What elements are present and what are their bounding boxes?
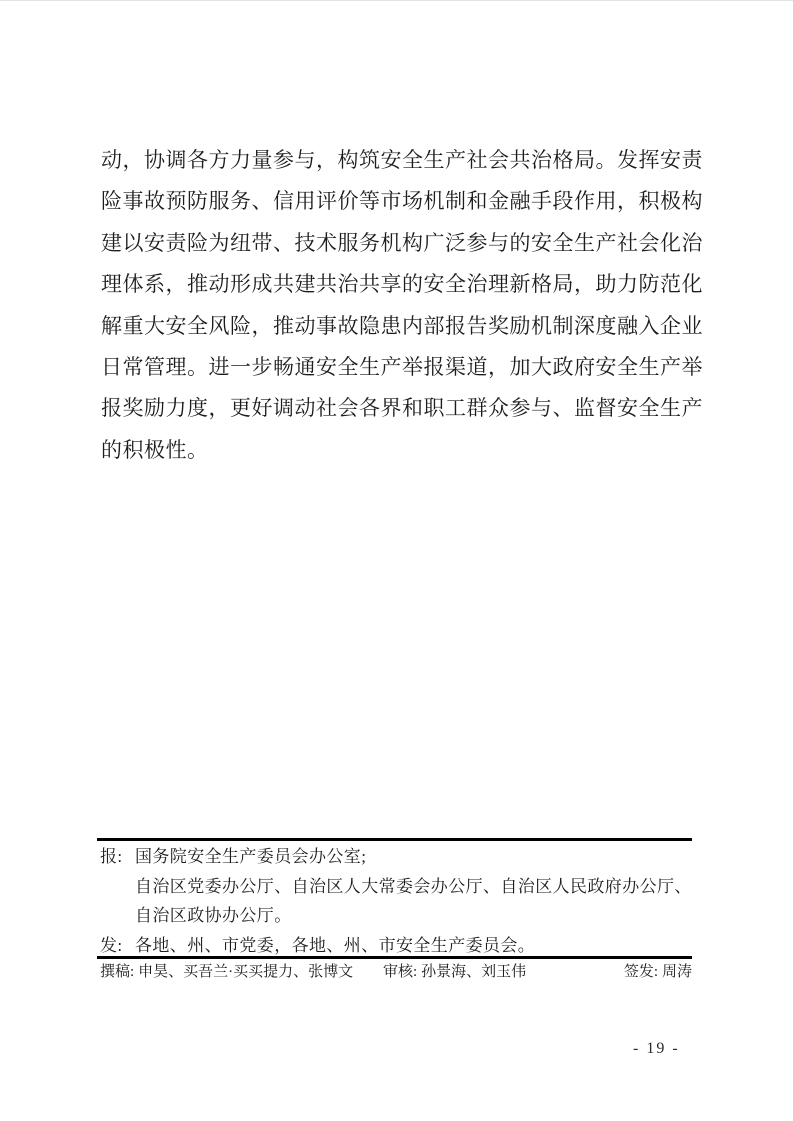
drafter-group: 撰稿:申昊、买吾兰·买买提力、张博文 <box>100 962 353 982</box>
issuer-group: 签发:周涛 <box>624 962 692 982</box>
copy-to-line-1: 国务院安全生产委员会办公室; <box>135 842 694 872</box>
issuer-names: 周涛 <box>662 964 692 980</box>
footer-bottom-rule <box>97 956 692 959</box>
credits-row: 撰稿:申昊、买吾兰·买买提力、张博文 审核:孙景海、刘玉伟 签发:周涛 <box>100 962 692 982</box>
reviewer-label: 审核: <box>383 964 417 980</box>
issuer-label: 签发: <box>624 964 658 980</box>
body-line-2: 险事故预防服务、信用评价等市场机制和金融手段作用，积极构 <box>101 181 692 222</box>
drafter-names: 申昊、买吾兰·买买提力、张博文 <box>138 964 353 980</box>
reviewer-names: 孙景海、刘玉伟 <box>421 964 526 980</box>
body-line-1: 动，协调各方力量参与，构筑安全生产社会共治格局。发挥安责 <box>101 140 692 181</box>
copy-to-row: 报: 国务院安全生产委员会办公室; <box>100 842 694 872</box>
copy-to-label: 报: <box>100 842 135 872</box>
copy-to-line-2: 自治区党委办公厅、自治区人大常委会办公厅、自治区人民政府办公厅、 <box>135 872 694 902</box>
footer-notify-block: 报: 国务院安全生产委员会办公室; 自治区党委办公厅、自治区人大常委会办公厅、自… <box>100 842 694 960</box>
drafter-label: 撰稿: <box>100 964 134 980</box>
page-number: - 19 - <box>633 1040 680 1058</box>
document-page: 动，协调各方力量参与，构筑安全生产社会共治格局。发挥安责 险事故预防服务、信用评… <box>0 0 793 1121</box>
reviewer-group: 审核:孙景海、刘玉伟 <box>383 962 526 982</box>
body-line-7: 报奖励力度，更好调动社会各界和职工群众参与、监督安全生产 <box>101 388 692 429</box>
page-top-edge-divider <box>0 0 793 1</box>
body-line-5: 解重大安全风险，推动事故隐患内部报告奖励机制深度融入企业 <box>101 306 692 347</box>
footer-top-rule <box>97 838 692 841</box>
body-line-4: 理体系，推动形成共建共治共享的安全治理新格局，助力防范化 <box>101 264 692 305</box>
body-line-6: 日常管理。进一步畅通安全生产举报渠道，加大政府安全生产举 <box>101 347 692 388</box>
document-body: 动，协调各方力量参与，构筑安全生产社会共治格局。发挥安责 险事故预防服务、信用评… <box>101 140 692 471</box>
copy-to-line-3: 自治区政协办公厅。 <box>135 901 694 931</box>
body-line-3: 建以安责险为纽带、技术服务机构广泛参与的安全生产社会化治 <box>101 223 692 264</box>
body-line-8: 的积极性。 <box>101 430 692 471</box>
